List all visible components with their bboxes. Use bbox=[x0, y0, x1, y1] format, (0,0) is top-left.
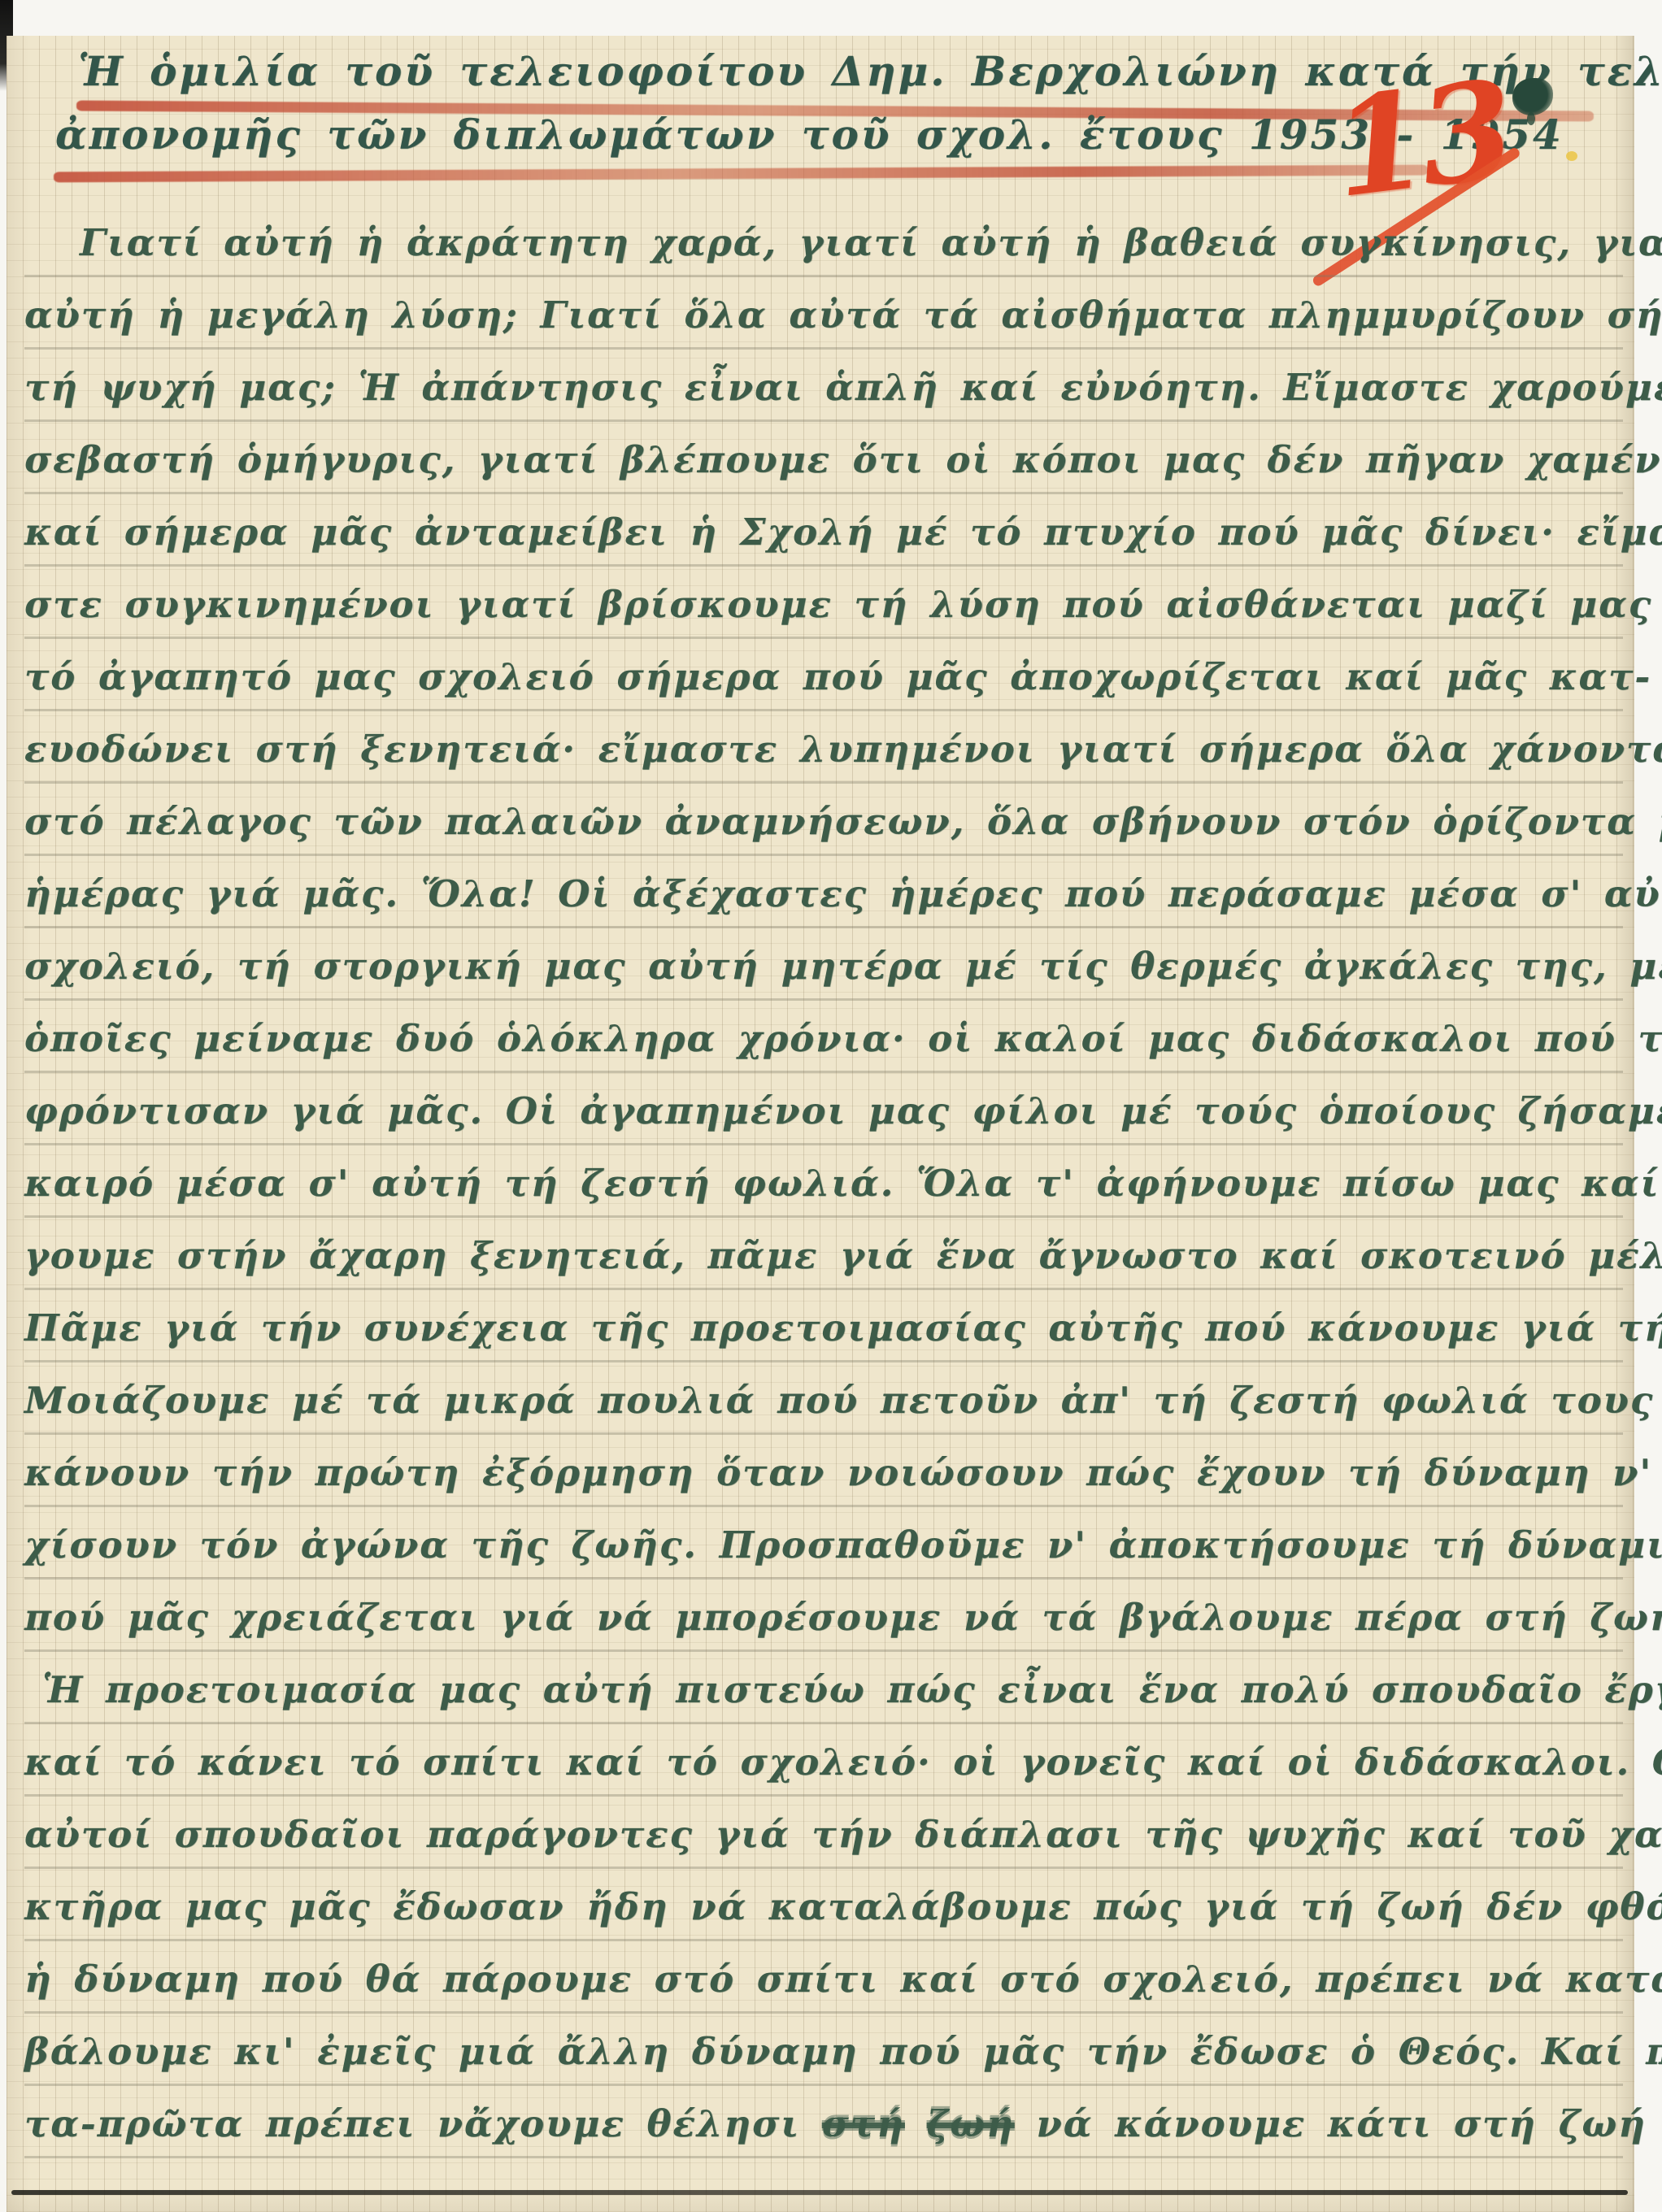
manuscript-line: καί σήμερα μᾶς ἀνταμείβει ἡ Σχολή μέ τό … bbox=[24, 498, 1623, 570]
manuscript-line: κτῆρα μας μᾶς ἔδωσαν ἤδη νά καταλάβουμε … bbox=[24, 1872, 1623, 1945]
ink-speck bbox=[1566, 151, 1577, 161]
manuscript-line: χίσουν τόν ἀγώνα τῆς ζωῆς. Προσπαθοῦμε ν… bbox=[24, 1510, 1623, 1583]
manuscript-line: στό πέλαγος τῶν παλαιῶν ἀναμνήσεων, ὅλα … bbox=[24, 787, 1623, 859]
manuscript-line: πού μᾶς χρειάζεται γιά νά μπορέσουμε νά … bbox=[24, 1583, 1623, 1655]
manuscript-line: τα-πρῶτα πρέπει νἄχουμε θέλησι στή ζωή ν… bbox=[24, 2089, 1623, 2162]
manuscript-line: καιρό μέσα σ' αὐτή τή ζεστή φωλιά. Ὅλα τ… bbox=[24, 1149, 1623, 1221]
line-text: νά κάνουμε κάτι στή ζωή κι' bbox=[1015, 2102, 1662, 2145]
manuscript-line: τό ἀγαπητό μας σχολειό σήμερα πού μᾶς ἀπ… bbox=[24, 642, 1623, 715]
manuscript-line: Πᾶμε γιά τήν συνέχεια τῆς προετοιμασίας … bbox=[24, 1293, 1623, 1366]
manuscript-body: Γιατί αὐτή ἡ ἀκράτητη χαρά, γιατί αὐτή ἡ… bbox=[24, 208, 1623, 2162]
manuscript-line: Γιατί αὐτή ἡ ἀκράτητη χαρά, γιατί αὐτή ἡ… bbox=[24, 208, 1623, 280]
page-number-mark: 13 bbox=[1325, 50, 1516, 228]
line-text bbox=[905, 2102, 927, 2145]
manuscript-line: αὐτοί σπουδαῖοι παράγοντες γιά τήν διάπλ… bbox=[24, 1800, 1623, 1872]
manuscript-line: ἡμέρας γιά μᾶς. Ὅλα! Οἱ ἀξέχαστες ἡμέρες… bbox=[24, 859, 1623, 932]
manuscript-line: καί τό κάνει τό σπίτι καί τό σχολειό· οἱ… bbox=[24, 1727, 1623, 1800]
manuscript-line: αὐτή ἡ μεγάλη λύση; Γιατί ὅλα αὐτά τά αἰ… bbox=[24, 280, 1623, 353]
quadrille-paper: Ἡ ὁμιλία τοῦ τελειοφοίτου Δημ. Βερχολιών… bbox=[7, 36, 1634, 2212]
manuscript-line: σχολειό, τή στοργική μας αὐτή μητέρα μέ … bbox=[24, 932, 1623, 1004]
manuscript-line: ἡ δύναμη πού θά πάρουμε στό σπίτι καί στ… bbox=[24, 1945, 1623, 2017]
manuscript-line: τή ψυχή μας; Ἡ ἀπάντησις εἶναι ἁπλῆ καί … bbox=[24, 353, 1623, 425]
manuscript-line: γουμε στήν ἄχαρη ξενητειά, πᾶμε γιά ἕνα … bbox=[24, 1221, 1623, 1293]
manuscript-line: ὁποῖες μείναμε δυό ὁλόκληρα χρόνια· οἱ κ… bbox=[24, 1004, 1623, 1076]
manuscript-line: βάλουμε κι' ἐμεῖς μιά ἄλλη δύναμη πού μᾶ… bbox=[24, 2017, 1623, 2089]
paper-bottom-edge bbox=[11, 2190, 1628, 2195]
scanned-manuscript-page: Ἡ ὁμιλία τοῦ τελειοφοίτου Δημ. Βερχολιών… bbox=[0, 0, 1662, 2212]
line-text: τα-πρῶτα πρέπει νἄχουμε θέλησι bbox=[24, 2102, 822, 2145]
manuscript-line: φρόντισαν γιά μᾶς. Οἱ ἀγαπημένοι μας φίλ… bbox=[24, 1076, 1623, 1149]
struck-word: ζωή bbox=[927, 2102, 1015, 2145]
manuscript-line: σεβαστή ὁμήγυρις, γιατί βλέπουμε ὅτι οἱ … bbox=[24, 425, 1623, 498]
title-underline-2 bbox=[54, 165, 1428, 183]
struck-word: στή bbox=[822, 2102, 905, 2145]
manuscript-line: κάνουν τήν πρώτη ἐξόρμηση ὅταν νοιώσουν … bbox=[24, 1438, 1623, 1510]
manuscript-line: ευοδώνει στή ξενητειά· εἴμαστε λυπημένοι… bbox=[24, 715, 1623, 787]
manuscript-line: Μοιάζουμε μέ τά μικρά πουλιά πού πετοῦν … bbox=[24, 1366, 1623, 1438]
manuscript-line: στε συγκινημένοι γιατί βρίσκουμε τή λύση… bbox=[24, 570, 1623, 642]
manuscript-line: Ἡ προετοιμασία μας αὐτή πιστεύω πώς εἶνα… bbox=[24, 1655, 1623, 1727]
